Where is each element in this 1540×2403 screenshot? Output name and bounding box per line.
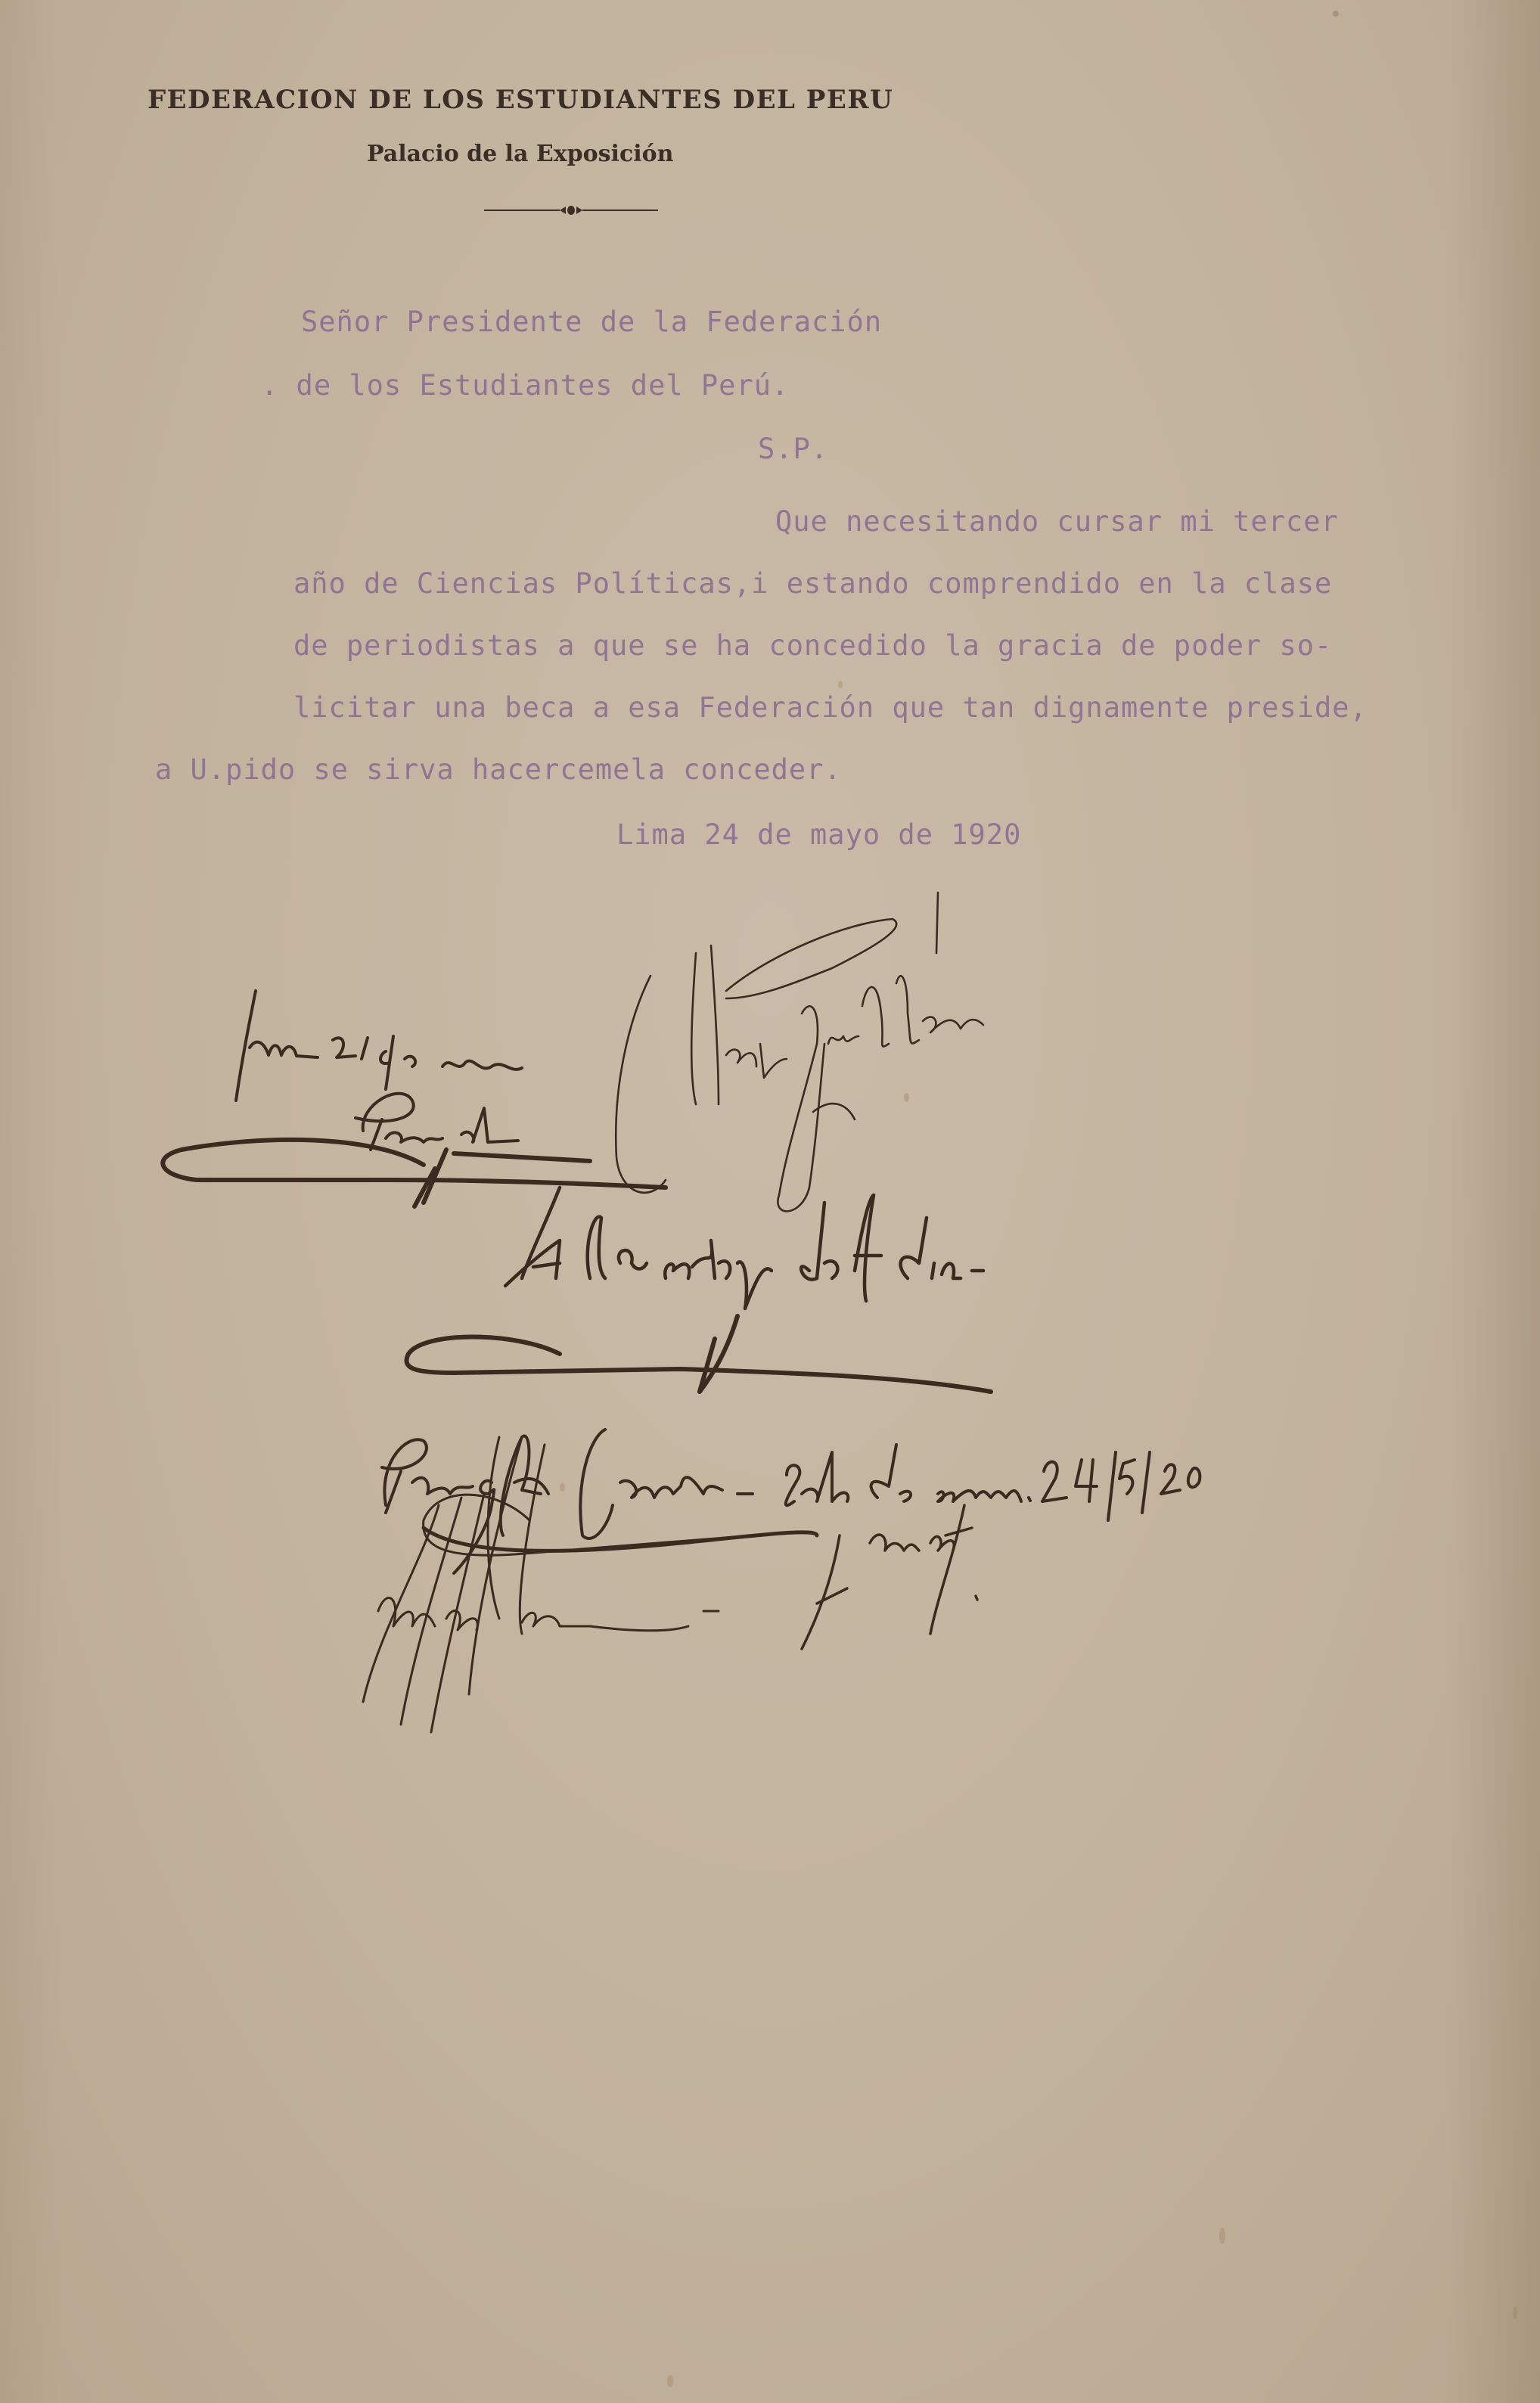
body-line-5: a U.pido se sirva hacercemela conceder. [155,753,842,786]
salutation-abbrev: S.P. [758,433,828,465]
body-line-2: año de Ciencias Políticas,i estando comp… [293,567,1332,600]
salutation-line-2: . de los Estudiantes del Perú. [261,369,789,402]
body-line-4: licitar una beca a esa Federación que ta… [293,691,1368,724]
ornament-divider-icon [484,204,658,216]
salutation-line-1: Señor Presidente de la Federación [301,306,882,338]
document-page: FEDERACION DE LOS ESTUDIANTES DEL PERU P… [0,0,1540,2403]
body-line-1: Que necesitando cursar mi tercer [775,505,1339,538]
body-line-3: de periodistas a que se ha concedido la … [293,629,1332,662]
date-line: Lima 24 de mayo de 1920 [616,818,1021,851]
letterhead-organization: FEDERACION DE LOS ESTUDIANTES DEL PERU [147,85,995,115]
letterhead-address: Palacio de la Exposición [367,141,673,167]
handwriting-strokes [0,0,1540,2403]
